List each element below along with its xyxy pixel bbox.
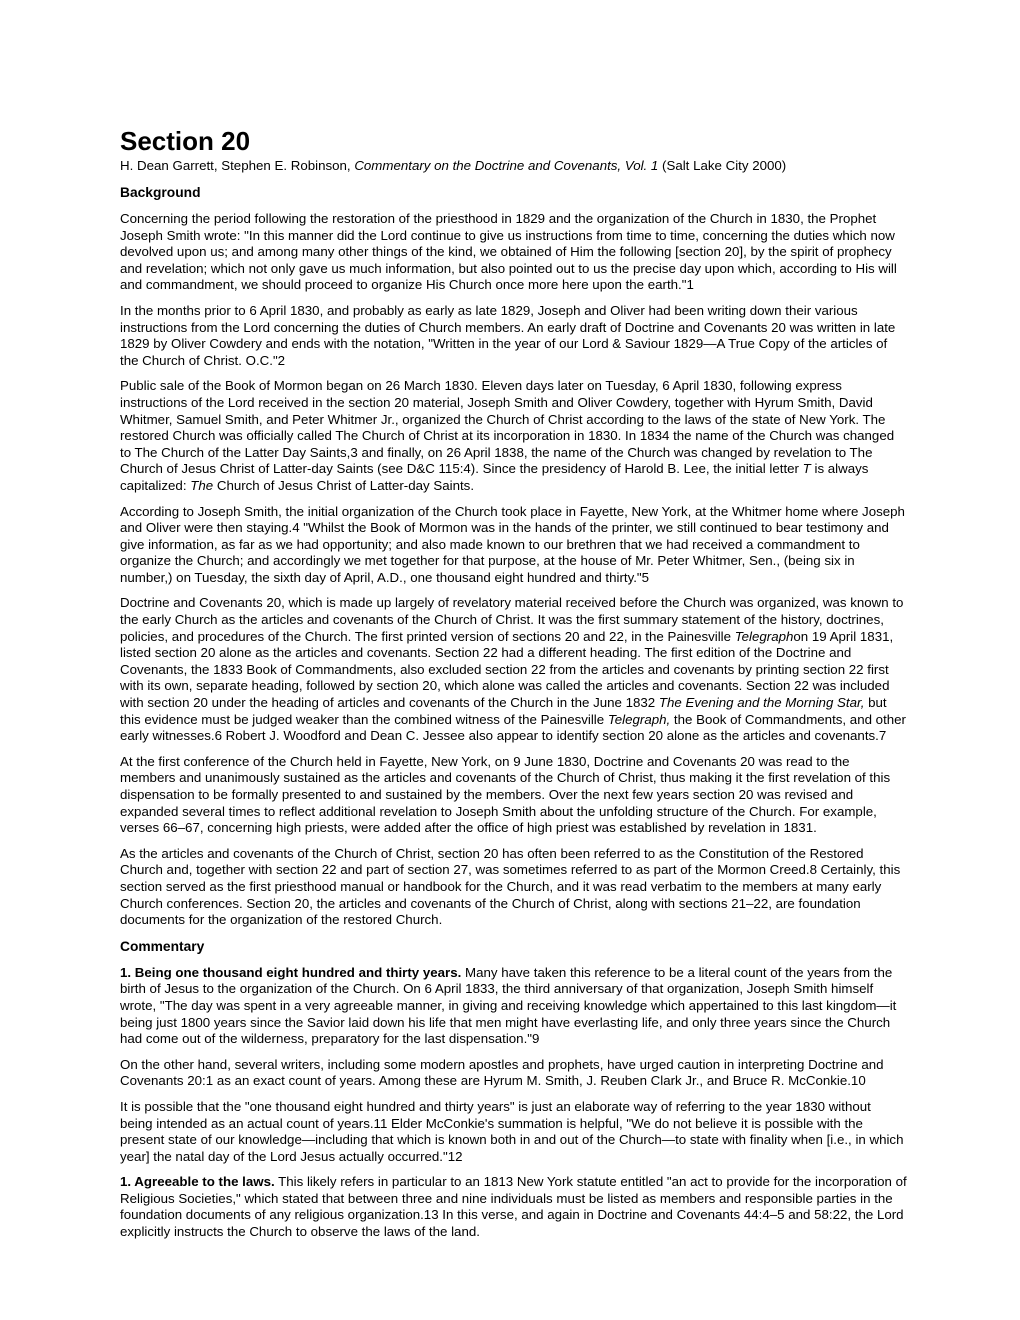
text-segment: As the articles and covenants of the Chu…	[120, 846, 900, 927]
text-segment: On the other hand, several writers, incl…	[120, 1057, 884, 1089]
text-segment: Church of Jesus Christ of Latter-day Sai…	[213, 478, 474, 493]
text-segment: It is possible that the "one thousand ei…	[120, 1099, 903, 1164]
paragraph-background-7: As the articles and covenants of the Chu…	[120, 846, 907, 929]
section-heading-commentary: Commentary	[120, 938, 907, 955]
paragraph-background-3: Public sale of the Book of Mormon began …	[120, 378, 907, 494]
document-content: Section 20 H. Dean Garrett, Stephen E. R…	[120, 127, 907, 1250]
paragraph-commentary-4: 1. Agreeable to the laws. This likely re…	[120, 1174, 907, 1240]
italic-text: T	[803, 461, 811, 476]
document-page: Section 20 H. Dean Garrett, Stephen E. R…	[0, 0, 1020, 1320]
text-segment: (Salt Lake City 2000)	[658, 158, 786, 173]
text-segment: According to Joseph Smith, the initial o…	[120, 504, 905, 585]
page-title: Section 20	[120, 127, 907, 156]
paragraph-commentary-1: 1. Being one thousand eight hundred and …	[120, 965, 907, 1048]
text-segment: In the months prior to 6 April 1830, and…	[120, 303, 895, 368]
paragraph-commentary-2: On the other hand, several writers, incl…	[120, 1057, 907, 1090]
bold-lead-in: 1. Agreeable to the laws.	[120, 1174, 275, 1189]
text-segment: At the first conference of the Church he…	[120, 754, 890, 835]
italic-text: Telegraph	[735, 629, 794, 644]
italic-text: The	[190, 478, 213, 493]
section-heading-background: Background	[120, 184, 907, 201]
bold-lead-in: 1. Being one thousand eight hundred and …	[120, 965, 461, 980]
italic-text: The Evening and the Morning Star,	[659, 695, 865, 710]
paragraph-background-1: Concerning the period following the rest…	[120, 211, 907, 294]
paragraph-background-4: According to Joseph Smith, the initial o…	[120, 504, 907, 587]
paragraph-background-5: Doctrine and Covenants 20, which is made…	[120, 595, 907, 744]
text-segment: Public sale of the Book of Mormon began …	[120, 378, 894, 476]
paragraph-background-2: In the months prior to 6 April 1830, and…	[120, 303, 907, 369]
text-segment: H. Dean Garrett, Stephen E. Robinson,	[120, 158, 354, 173]
paragraph-background-6: At the first conference of the Church he…	[120, 754, 907, 837]
italic-text: Commentary on the Doctrine and Covenants…	[354, 158, 658, 173]
paragraph-commentary-3: It is possible that the "one thousand ei…	[120, 1099, 907, 1165]
byline: H. Dean Garrett, Stephen E. Robinson, Co…	[120, 157, 907, 174]
text-segment: Concerning the period following the rest…	[120, 211, 897, 292]
italic-text: Telegraph,	[608, 712, 670, 727]
